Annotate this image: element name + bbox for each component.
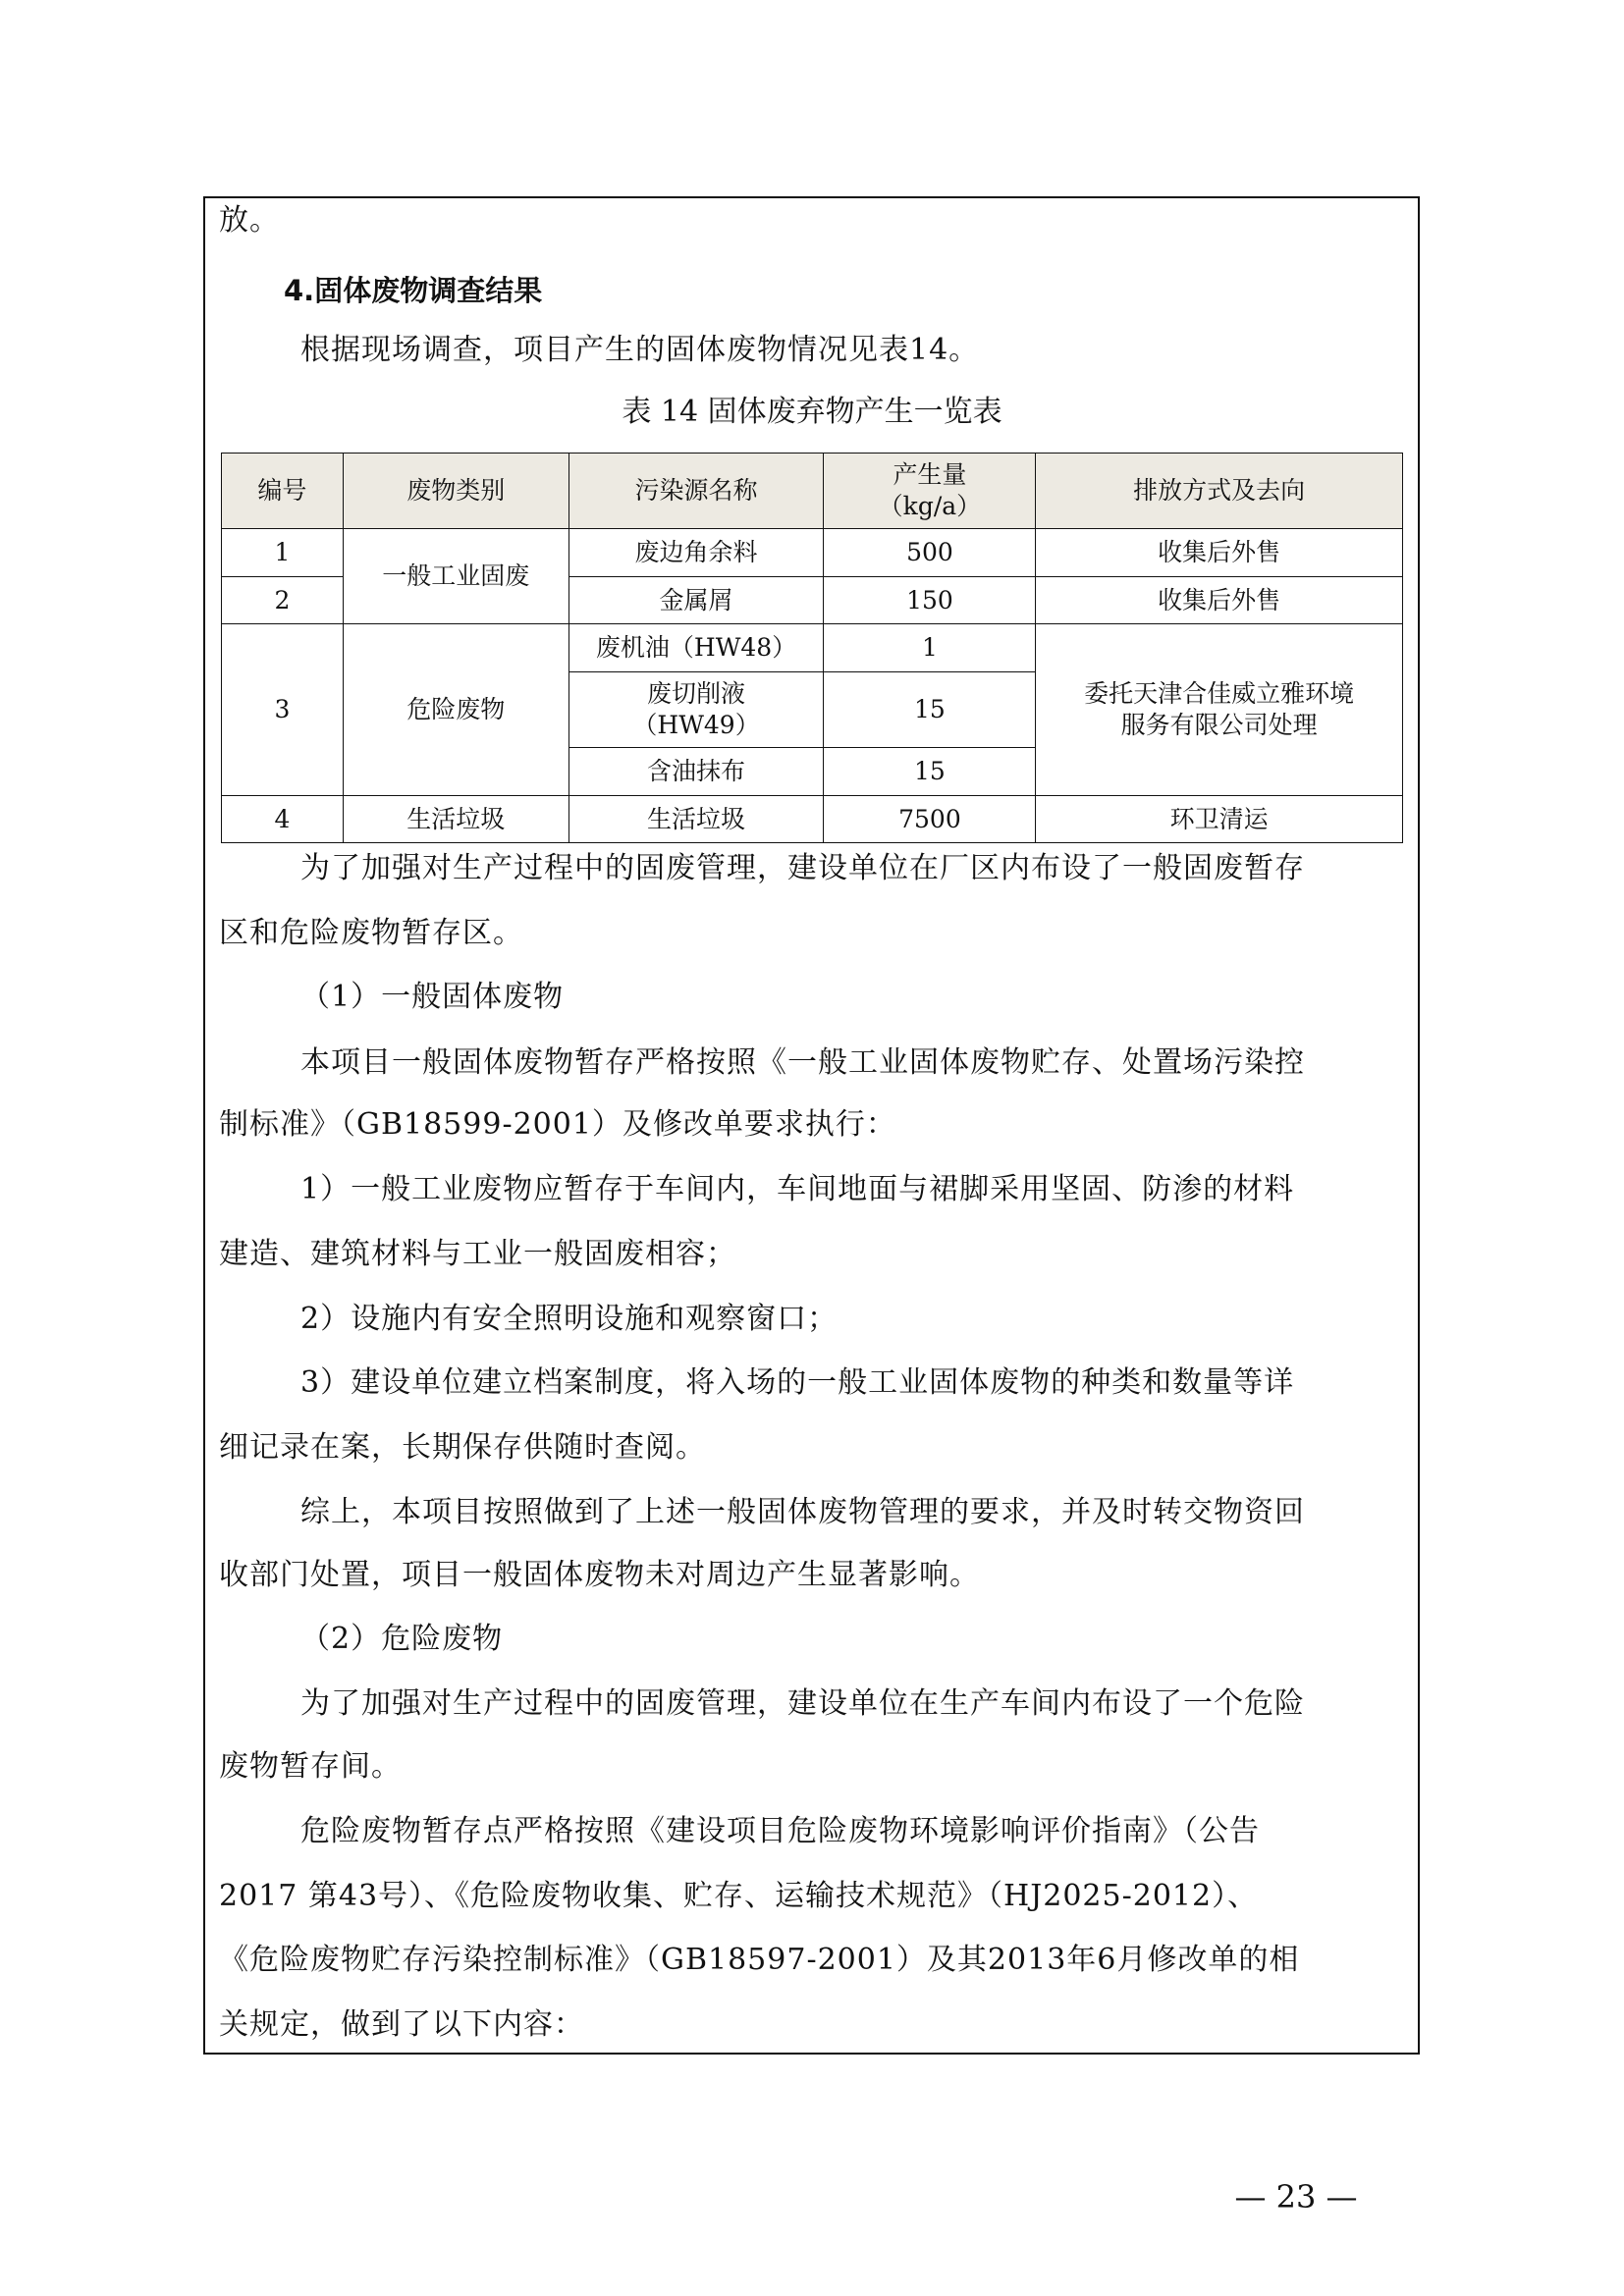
body-line: 本项目一般固体废物暂存严格按照《一般工业固体废物贮存、处置场污染控 xyxy=(300,1043,1305,1083)
body-line: 建造、建筑材料与工业一般固废相容； xyxy=(219,1235,736,1274)
page-number: — 23 — xyxy=(1213,2177,1380,2216)
category-hazardous: 危险废物 xyxy=(343,624,568,796)
table-header-row: 编号 废物类别 污染源名称 产生量 （kg/a） 排放方式及去向 xyxy=(222,454,1403,529)
intro-paragraph: 根据现场调查，项目产生的固体废物情况见表14。 xyxy=(300,331,979,370)
body-line: 为了加强对生产过程中的固废管理，建设单位在生产车间内布设了一个危险 xyxy=(300,1684,1305,1724)
header-category: 废物类别 xyxy=(343,454,568,529)
hazardous-disposal: 委托天津合佳威立雅环境 服务有限公司处理 xyxy=(1036,624,1403,796)
lead-fragment: 放。 xyxy=(219,201,280,240)
table-row: 1 一般工业固废 废边角余料 500 收集后外售 xyxy=(222,529,1403,577)
table-row: 3 危险废物 废机油（HW48） 1 委托天津合佳威立雅环境 服务有限公司处理 xyxy=(222,624,1403,672)
body-line: 废物暂存间。 xyxy=(219,1747,402,1787)
section-heading: 4.固体废物调查结果 xyxy=(284,271,542,310)
table-caption: 表 14 固体废弃物产生一览表 xyxy=(0,393,1624,432)
body-line: 收部门处置，项目一般固体废物未对周边产生显著影响。 xyxy=(219,1556,980,1595)
category-general: 一般工业固废 xyxy=(343,529,568,624)
header-no: 编号 xyxy=(222,454,344,529)
body-line: 区和危险废物暂存区。 xyxy=(219,914,523,953)
subsection-heading-hazardous: （2）危险废物 xyxy=(300,1620,503,1659)
subsection-heading-general: （1）一般固体废物 xyxy=(300,978,564,1017)
table-row: 4 生活垃圾 生活垃圾 7500 环卫清运 xyxy=(222,796,1403,843)
body-line: 3）建设单位建立档案制度，将入场的一般工业固体废物的种类和数量等详 xyxy=(300,1363,1294,1403)
body-line: 关规定，做到了以下内容： xyxy=(219,2005,584,2045)
body-line: 1）一般工业废物应暂存于车间内，车间地面与裙脚采用坚固、防渗的材料 xyxy=(300,1170,1294,1209)
body-line: 制标准》（GB18599-2001）及修改单要求执行： xyxy=(219,1105,896,1145)
body-line: 危险废物暂存点严格按照《建设项目危险废物环境影响评价指南》（公告 xyxy=(300,1812,1260,1851)
body-line: 细记录在案，长期保存供随时查阅。 xyxy=(219,1428,706,1468)
header-amount: 产生量 （kg/a） xyxy=(824,454,1036,529)
body-line: 综上，本项目按照做到了上述一般固体废物管理的要求，并及时转交物资回 xyxy=(300,1493,1305,1532)
body-line: 2017 第43号）、《危险废物收集、贮存、运输技术规范》（HJ2025-201… xyxy=(219,1877,1258,1916)
header-source: 污染源名称 xyxy=(568,454,824,529)
solid-waste-table: 编号 废物类别 污染源名称 产生量 （kg/a） 排放方式及去向 1 一般工业固… xyxy=(221,453,1403,843)
body-line: 《危险废物贮存污染控制标准》（GB18597-2001）及其2013年6月修改单… xyxy=(219,1941,1299,1980)
header-disposal: 排放方式及去向 xyxy=(1036,454,1403,529)
body-line: 2）设施内有安全照明设施和观察窗口； xyxy=(300,1300,838,1339)
body-line: 为了加强对生产过程中的固废管理，建设单位在厂区内布设了一般固废暂存 xyxy=(300,849,1305,888)
